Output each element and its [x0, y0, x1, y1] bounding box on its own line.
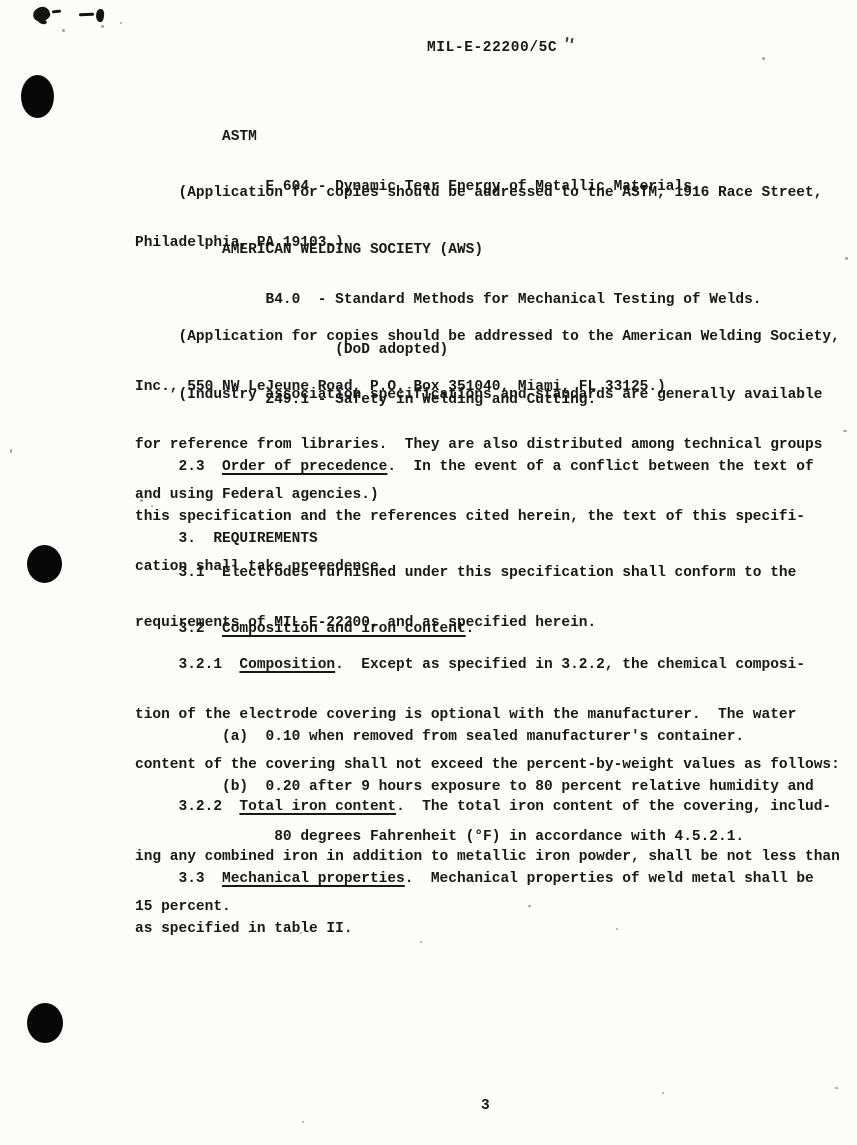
scan-noise-dot [845, 257, 848, 260]
punch-hole-mark-bottom [27, 1003, 63, 1043]
scan-noise-dot [616, 928, 618, 930]
scan-noise-dot [10, 449, 12, 453]
underlined-heading: Order of precedence [222, 459, 387, 475]
text-line: (Application for copies should be addres… [135, 184, 822, 202]
scan-noise-dot [420, 941, 422, 943]
text-line: 3.1 Electrodes furnished under this spec… [135, 564, 796, 582]
text-line: 2.3 Order of precedence. In the event of… [135, 458, 814, 476]
text-line: 3.2.1 Composition. Except as specified i… [135, 656, 840, 674]
scan-noise-dot [151, 505, 153, 507]
scan-smudge-dash [52, 10, 61, 14]
scan-noise-dot [101, 25, 104, 28]
underlined-heading: Total iron content [239, 799, 396, 815]
scan-noise-dot [843, 430, 847, 432]
punch-hole-mark-top [21, 75, 54, 118]
page-number: 3 [481, 1098, 490, 1114]
scan-noise-dot [140, 499, 143, 502]
text-line: as specified in table II. [135, 920, 814, 938]
text-line: AMERICAN WELDING SOCIETY (AWS) [135, 241, 762, 259]
scan-noise-dot [300, 932, 302, 934]
scanned-document-page: MIL-E-22200/5C ASTM E 604 - Dynamic Tear… [0, 0, 857, 1145]
list-item-a: (a) 0.10 when removed from sealed manufa… [135, 728, 814, 746]
text-line: ASTM [135, 128, 701, 146]
text-line: 3.2.2 Total iron content. The total iron… [135, 798, 840, 816]
document-number-header: MIL-E-22200/5C [427, 40, 557, 56]
scan-noise-dot [62, 29, 65, 32]
scan-noise-dot [762, 57, 765, 60]
scan-noise-dot [662, 1092, 664, 1094]
scan-smudge-hook [95, 9, 105, 23]
punch-hole-mark-middle [27, 545, 62, 583]
scan-noise-dot [528, 905, 531, 907]
text-line: 3.3 Mechanical properties. Mechanical pr… [135, 870, 814, 888]
paragraph-3-3-mechanical-properties: 3.3 Mechanical properties. Mechanical pr… [135, 838, 814, 970]
scan-noise-tick [571, 38, 574, 43]
scan-noise-dot [835, 1087, 838, 1089]
underlined-heading: Mechanical properties [222, 871, 405, 887]
underlined-heading: Composition [239, 657, 335, 673]
text-line: (Industry association specifications and… [135, 386, 822, 404]
text-line: (Application for copies should be addres… [135, 328, 840, 346]
scan-smudge-long-dash [79, 13, 94, 17]
scan-noise-dot [120, 22, 122, 24]
scan-noise-tick [566, 37, 569, 42]
scan-noise-dot [302, 1121, 304, 1123]
